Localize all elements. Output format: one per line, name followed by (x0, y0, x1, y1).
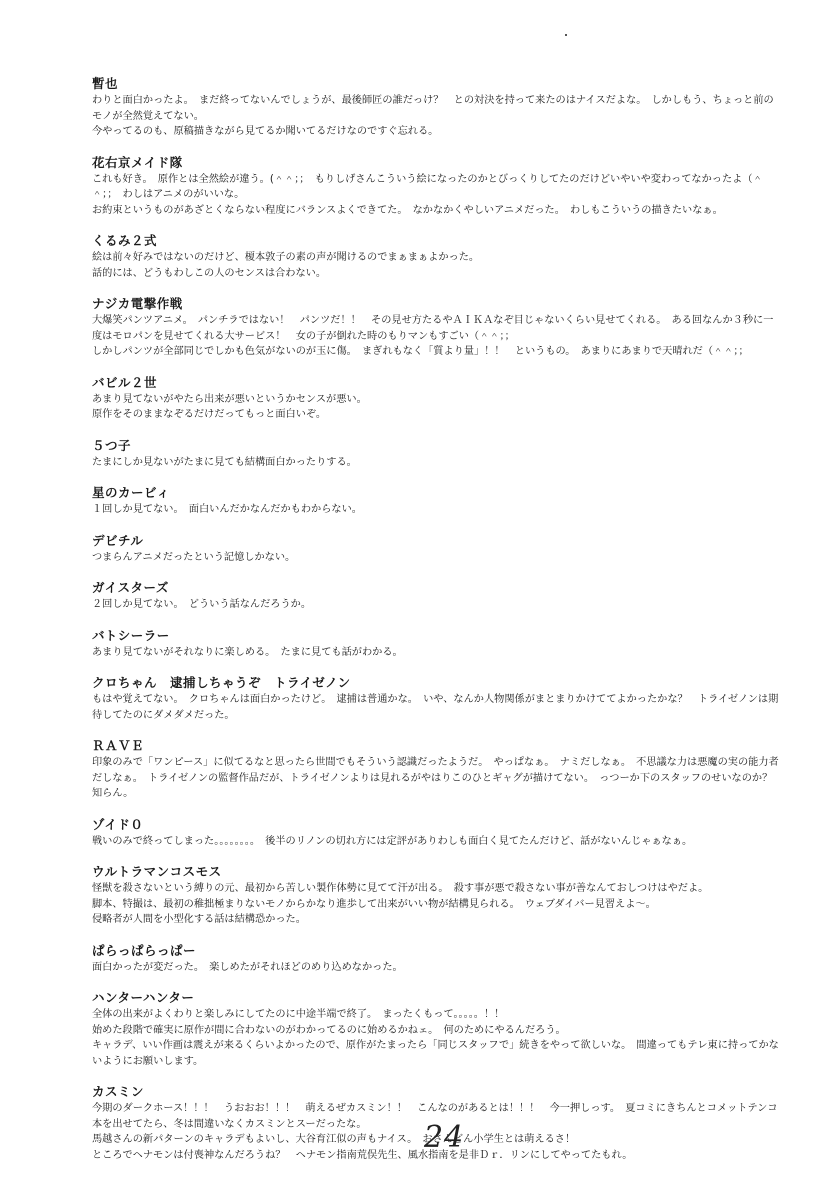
entry-body: わりと面白かったよ。 まだ終ってないんでしょうが、最後師匠の誰だっけ？ との対決… (92, 93, 782, 140)
entry-title: ＲＡＶＥ (92, 738, 782, 754)
entry-body: 全体の出来がよくわりと楽しみにしてたのに中途半端で終了。 まったくもって。。。。… (92, 1007, 782, 1069)
review-entry: くるみ２式絵は前々好みではないのだけど、榎本敦子の素の声が聞けるのでまぁまぁよか… (92, 233, 782, 281)
entry-title: ５つ子 (92, 438, 782, 454)
entry-paragraph: 全体の出来がよくわりと楽しみにしてたのに中途半端で終了。 まったくもって。。。。… (92, 1007, 782, 1023)
entry-paragraph: １回しか見てない。 面白いんだかなんだかもわからない。 (92, 502, 782, 518)
review-entry: ゾイド０戦いのみで終ってしまった。。。。。。。。 後半のリノンの切れ方には定評が… (92, 817, 782, 850)
entry-body: 印象のみで「ワンピース」に似てるなと思ったら世間でもそういう認識だったようだ。 … (92, 755, 782, 802)
review-entry: バビル２世あまり見てないがやたら出来が悪いというかセンスが悪い。原作をそのままな… (92, 375, 782, 423)
entry-body: 大爆笑パンツアニメ。 パンチラではない！ パンツだ！！ その見せ方たるやＡＩＫＡ… (92, 313, 782, 360)
entry-paragraph: わりと面白かったよ。 まだ終ってないんでしょうが、最後師匠の誰だっけ？ との対決… (92, 93, 782, 124)
review-entry: ナジカ電撃作戦大爆笑パンツアニメ。 パンチラではない！ パンツだ！！ その見せ方… (92, 296, 782, 360)
review-entry: 暫也わりと面白かったよ。 まだ終ってないんでしょうが、最後師匠の誰だっけ？ との… (92, 76, 782, 140)
entry-body: あまり見てないがやたら出来が悪いというかセンスが悪い。原作をそのままなぞるだけだ… (92, 392, 782, 423)
anime-review-list: 暫也わりと面白かったよ。 まだ終ってないんでしょうが、最後師匠の誰だっけ？ との… (92, 76, 782, 1178)
entry-title: ウルトラマンコスモス (92, 864, 782, 880)
entry-body: 戦いのみで終ってしまった。。。。。。。。 後半のリノンの切れ方には定評がありわし… (92, 834, 782, 850)
scan-speck (565, 34, 567, 36)
entry-paragraph: 面白かったが変だった。 楽しめたがそれほどのめり込めなかった。 (92, 960, 782, 976)
entry-body: たまにしか見ないがたまに見ても結構面白かったりする。 (92, 455, 782, 471)
review-entry: ぱらっぱらっぱー面白かったが変だった。 楽しめたがそれほどのめり込めなかった。 (92, 943, 782, 976)
entry-paragraph: 絵は前々好みではないのだけど、榎本敦子の素の声が聞けるのでまぁまぁよかった。 (92, 250, 782, 266)
entry-body: 絵は前々好みではないのだけど、榎本敦子の素の声が聞けるのでまぁまぁよかった。話的… (92, 250, 782, 281)
entry-title: ナジカ電撃作戦 (92, 296, 782, 312)
entry-title: 暫也 (92, 76, 782, 92)
review-entry: ウルトラマンコスモス怪獣を殺さないという縛りの元、最初から苦しい製作体勢に見てて… (92, 864, 782, 928)
entry-paragraph: お約束というものがあざとくならない程度にバランスよくできてた。 なかなかくやしい… (92, 203, 782, 219)
entry-title: 花右京メイド隊 (92, 155, 782, 171)
entry-title: ゾイド０ (92, 817, 782, 833)
entry-paragraph: 今やってるのも、原稿描きながら見てるか聞いてるだけなのですぐ忘れる。 (92, 124, 782, 140)
entry-paragraph: 脚本、特撮は、最初の稚拙極まりないモノからかなり進歩して出来がいい物が結構見られ… (92, 897, 782, 913)
entry-paragraph: 怪獣を殺さないという縛りの元、最初から苦しい製作体勢に見てて汗が出る。 殺す事が… (92, 881, 782, 897)
entry-paragraph: 話的には、どうもわしこの人のセンスは合わない。 (92, 266, 782, 282)
entry-paragraph: 侵略者が人間を小型化する話は結構恐かった。 (92, 912, 782, 928)
entry-paragraph: たまにしか見ないがたまに見ても結構面白かったりする。 (92, 455, 782, 471)
page-number: 24 (424, 1120, 464, 1155)
entry-paragraph: 戦いのみで終ってしまった。。。。。。。。 後半のリノンの切れ方には定評がありわし… (92, 834, 782, 850)
entry-paragraph: もはや覚えてない。 クロちゃんは面白かったけど。 逮捕は普通かな。 いや、なんか… (92, 692, 782, 723)
review-entry: 星のカービィ１回しか見てない。 面白いんだかなんだかもわからない。 (92, 485, 782, 518)
review-entry: ５つ子たまにしか見ないがたまに見ても結構面白かったりする。 (92, 438, 782, 471)
entry-title: バビル２世 (92, 375, 782, 391)
entry-title: クロちゃん 逮捕しちゃうぞ トライゼノン (92, 675, 782, 691)
review-entry: デビチルつまらんアニメだったという記憶しかない。 (92, 533, 782, 566)
review-entry: ハンターハンター全体の出来がよくわりと楽しみにしてたのに中途半端で終了。 まった… (92, 990, 782, 1069)
entry-paragraph: 原作をそのままなぞるだけだってもっと面白いぞ。 (92, 407, 782, 423)
entry-paragraph: ２回しか見てない。 どういう話なんだろうか。 (92, 597, 782, 613)
entry-paragraph: あまり見てないがそれなりに楽しめる。 たまに見ても話がわかる。 (92, 645, 782, 661)
entry-paragraph: あまり見てないがやたら出来が悪いというかセンスが悪い。 (92, 392, 782, 408)
review-entry: クロちゃん 逮捕しちゃうぞ トライゼノンもはや覚えてない。 クロちゃんは面白かっ… (92, 675, 782, 723)
review-entry: ＲＡＶＥ印象のみで「ワンピース」に似てるなと思ったら世間でもそういう認識だったよ… (92, 738, 782, 802)
entry-title: バトシーラー (92, 628, 782, 644)
review-entry: 花右京メイド隊これも好き。 原作とは全然絵が違う。(＾＾；； もりしげさんこうい… (92, 155, 782, 219)
entry-body: あまり見てないがそれなりに楽しめる。 たまに見ても話がわかる。 (92, 645, 782, 661)
entry-title: くるみ２式 (92, 233, 782, 249)
entry-paragraph: 印象のみで「ワンピース」に似てるなと思ったら世間でもそういう認識だったようだ。 … (92, 755, 782, 802)
entry-title: ぱらっぱらっぱー (92, 943, 782, 959)
entry-title: ハンターハンター (92, 990, 782, 1006)
review-entry: バトシーラーあまり見てないがそれなりに楽しめる。 たまに見ても話がわかる。 (92, 628, 782, 661)
entry-body: もはや覚えてない。 クロちゃんは面白かったけど。 逮捕は普通かな。 いや、なんか… (92, 692, 782, 723)
entry-body: ２回しか見てない。 どういう話なんだろうか。 (92, 597, 782, 613)
entry-body: 面白かったが変だった。 楽しめたがそれほどのめり込めなかった。 (92, 960, 782, 976)
entry-body: １回しか見てない。 面白いんだかなんだかもわからない。 (92, 502, 782, 518)
entry-paragraph: つまらんアニメだったという記憶しかない。 (92, 550, 782, 566)
entry-body: これも好き。 原作とは全然絵が違う。(＾＾；； もりしげさんこういう絵になったの… (92, 172, 782, 219)
entry-paragraph: しかしパンツが全部同じでしかも色気がないのが玉に傷。 まぎれもなく「質より量」！… (92, 344, 782, 360)
entry-body: 怪獣を殺さないという縛りの元、最初から苦しい製作体勢に見てて汗が出る。 殺す事が… (92, 881, 782, 928)
entry-title: ガイスターズ (92, 580, 782, 596)
entry-paragraph: これも好き。 原作とは全然絵が違う。(＾＾；； もりしげさんこういう絵になったの… (92, 172, 782, 203)
entry-paragraph: 大爆笑パンツアニメ。 パンチラではない！ パンツだ！！ その見せ方たるやＡＩＫＡ… (92, 313, 782, 344)
entry-title: カスミン (92, 1084, 782, 1100)
review-entry: ガイスターズ２回しか見てない。 どういう話なんだろうか。 (92, 580, 782, 613)
entry-title: 星のカービィ (92, 485, 782, 501)
entry-body: つまらんアニメだったという記憶しかない。 (92, 550, 782, 566)
entry-title: デビチル (92, 533, 782, 549)
entry-paragraph: 始めた段階で確実に原作が間に合わないのがわかってるのに始めるかねェ。 何のために… (92, 1023, 782, 1039)
entry-paragraph: キャラデ、いい作画は震えが来るくらいよかったので、原作がたまったら「同じスタッフ… (92, 1038, 782, 1069)
